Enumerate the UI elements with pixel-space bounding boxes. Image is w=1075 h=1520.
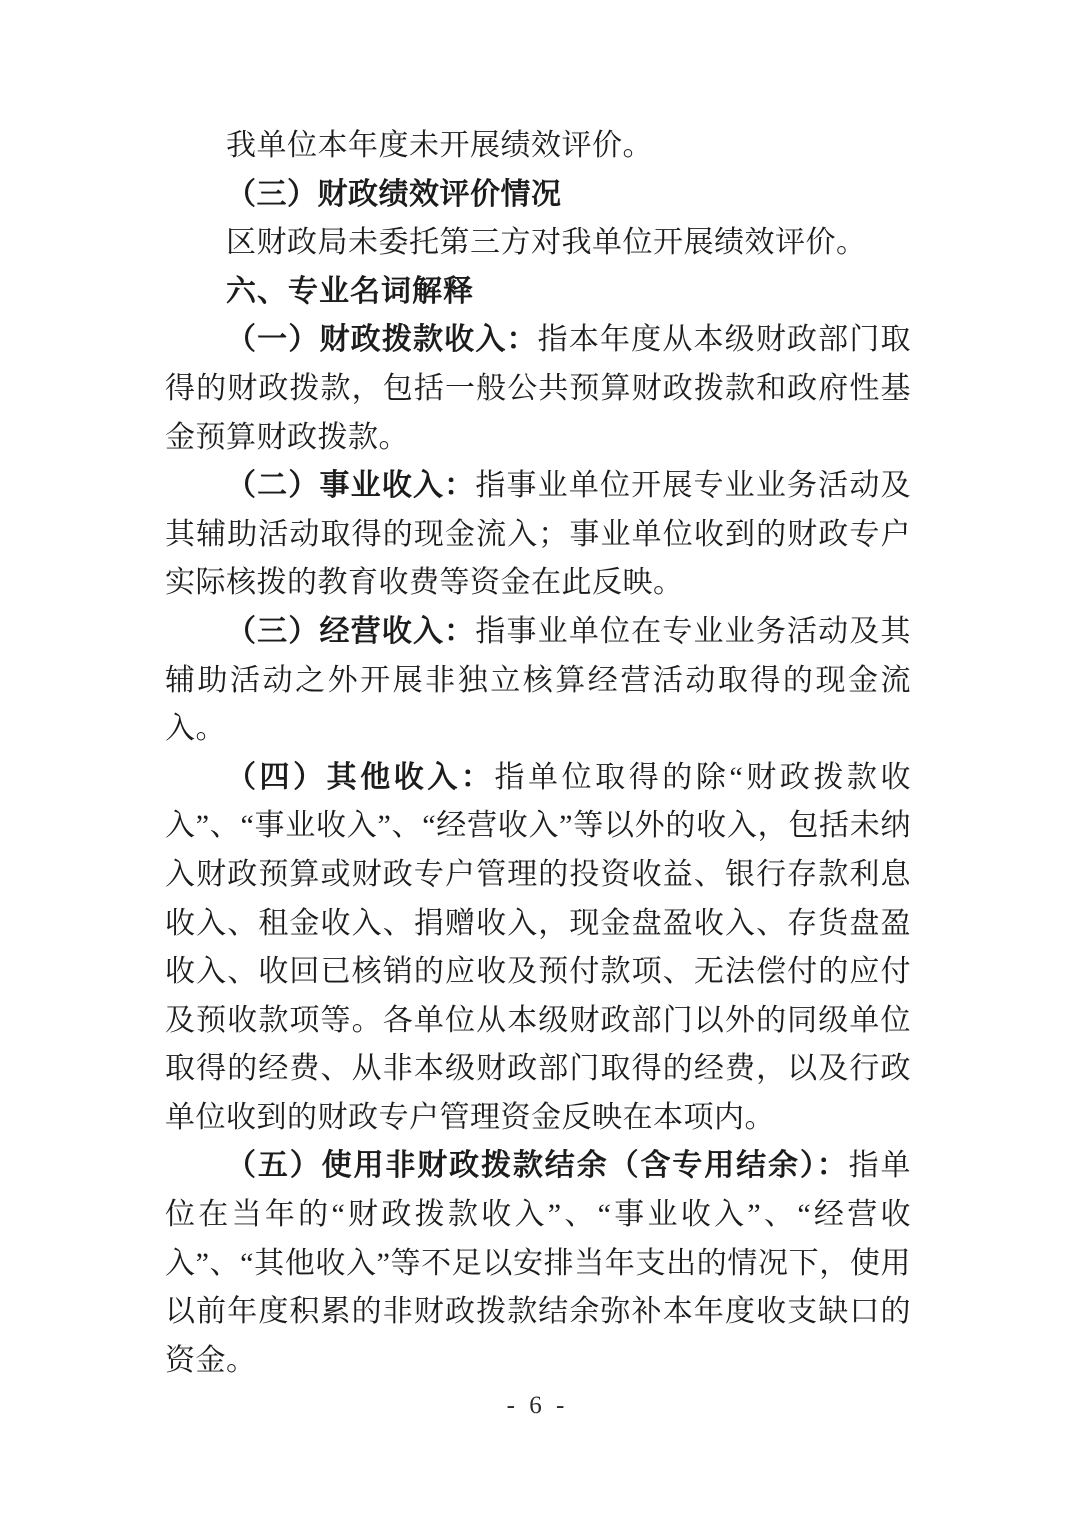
- term-paragraph: （五）使用非财政拨款结余（含专用结余）：指单位在当年的“财政拨款收入”、“事业收…: [165, 1142, 911, 1385]
- document-page: 我单位本年度未开展绩效评价。 （三）财政绩效评价情况 区财政局未委托第三方对我单…: [0, 0, 1075, 1520]
- term-lead: （三）经营收入：: [226, 615, 475, 648]
- term-paragraph: （二）事业收入：指事业单位开展专业业务活动及其辅助活动取得的现金流入；事业单位收…: [165, 462, 911, 608]
- term-paragraph: （三）经营收入：指事业单位在专业业务活动及其辅助活动之外开展非独立核算经营活动取…: [165, 608, 911, 754]
- document-body: 我单位本年度未开展绩效评价。 （三）财政绩效评价情况 区财政局未委托第三方对我单…: [165, 122, 911, 1385]
- term-paragraph: （四）其他收入：指单位取得的除“财政拨款收入”、“事业收入”、“经营收入”等以外…: [165, 754, 911, 1143]
- term-lead: （二）事业收入：: [226, 469, 475, 502]
- term-lead: （五）使用非财政拨款结余（含专用结余）：: [226, 1149, 849, 1182]
- term-text: 指单位在当年的“财政拨款收入”、“事业收入”、“经营收入”、“其他收入”等不足以…: [165, 1149, 911, 1376]
- term-lead: （四）其他收入：: [226, 761, 494, 794]
- page-number: - 6 -: [0, 1392, 1075, 1420]
- body-paragraph: 我单位本年度未开展绩效评价。: [165, 122, 911, 171]
- term-paragraph: （一）财政拨款收入：指本年度从本级财政部门取得的财政拨款，包括一般公共预算财政拨…: [165, 316, 911, 462]
- body-paragraph: 区财政局未委托第三方对我单位开展绩效评价。: [165, 219, 911, 268]
- term-lead: （一）财政拨款收入：: [226, 323, 538, 356]
- section-heading: 六、专业名词解释: [165, 268, 911, 317]
- term-text: 指单位取得的除“财政拨款收入”、“事业收入”、“经营收入”等以外的收入，包括未纳…: [165, 761, 911, 1134]
- subsection-heading: （三）财政绩效评价情况: [165, 171, 911, 220]
